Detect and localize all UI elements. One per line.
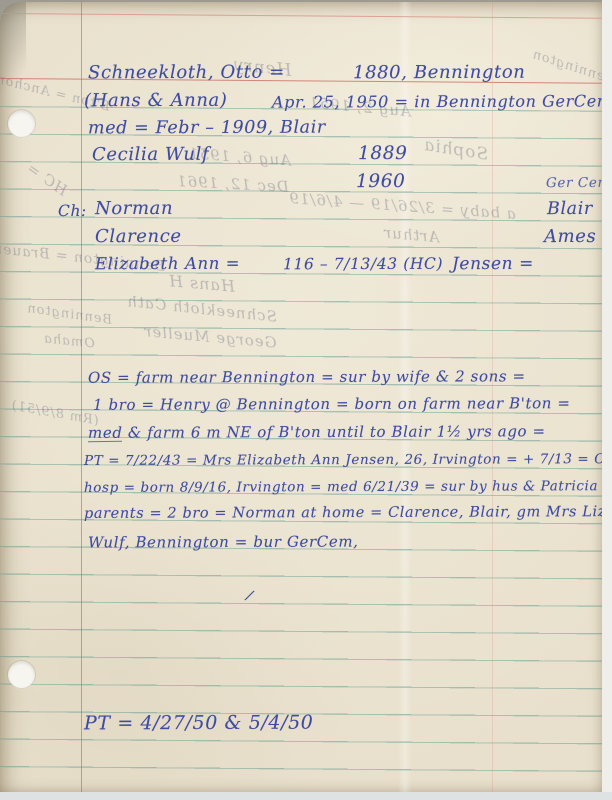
entry-surname: Schneekloth, Otto = — [88, 62, 285, 84]
obituary-line: hosp = born 8/9/16, Irvington = med 6/21… — [84, 478, 602, 496]
page-corner-shadow — [0, 2, 26, 122]
obituary-line: OS = farm near Bennington = sur by wife … — [88, 367, 526, 387]
punch-hole-bottom — [8, 661, 35, 688]
spouse-birth-year: 1889 — [358, 143, 408, 164]
entry-parents: (Hans & Anna) — [84, 90, 228, 112]
obituary-line: med & farm 6 m NE of B'ton until to Blai… — [88, 422, 546, 442]
children-label: Ch: — [58, 202, 87, 220]
notebook-page: Henry B'ton = Anchor Aug 2, 1951 Sophia … — [0, 2, 602, 792]
left-margin-line — [81, 2, 82, 792]
spouse-cemetery: Ger Cem — [546, 175, 602, 191]
child-residence: Blair — [547, 199, 593, 219]
child-residence: Ames — [544, 226, 596, 247]
sources-note: PT = 4/27/50 & 5/4/50 — [84, 712, 314, 735]
spouse-death-year: 1960 — [356, 171, 406, 192]
obituary-line: PT = 7/22/43 = Mrs Elizabeth Ann Jensen,… — [84, 451, 602, 469]
child-record-ref: 116 – 7/13/43 (HC) — [283, 255, 443, 274]
obituary-line: parents = 2 bro = Norman at home = Clare… — [84, 504, 602, 522]
child-name: Norman — [95, 198, 173, 219]
child-name: Elizabeth Ann = — [95, 254, 240, 274]
spouse-name: Cecilia Wulf — [92, 144, 209, 165]
obituary-line: 1 bro = Henry @ Bennington = born on far… — [93, 394, 571, 414]
punch-hole-top — [8, 110, 35, 137]
entry-marriage: med = Febr – 1909, Blair — [88, 118, 326, 139]
child-married-name: Jensen = — [452, 254, 534, 274]
child-name: Clarence — [95, 226, 182, 247]
obituary-line: Wulf, Bennington = bur GerCem, — [88, 533, 359, 552]
scanner-bed: Henry B'ton = Anchor Aug 2, 1951 Sophia … — [0, 0, 612, 800]
scanner-background-bottom — [0, 792, 612, 800]
entry-death: Apr. 25, 1950 = in Bennington GerCem, — [272, 91, 602, 111]
entry-birth: 1880, Bennington — [353, 62, 526, 84]
scanner-background-right — [602, 0, 612, 800]
top-red-rule — [0, 13, 602, 19]
